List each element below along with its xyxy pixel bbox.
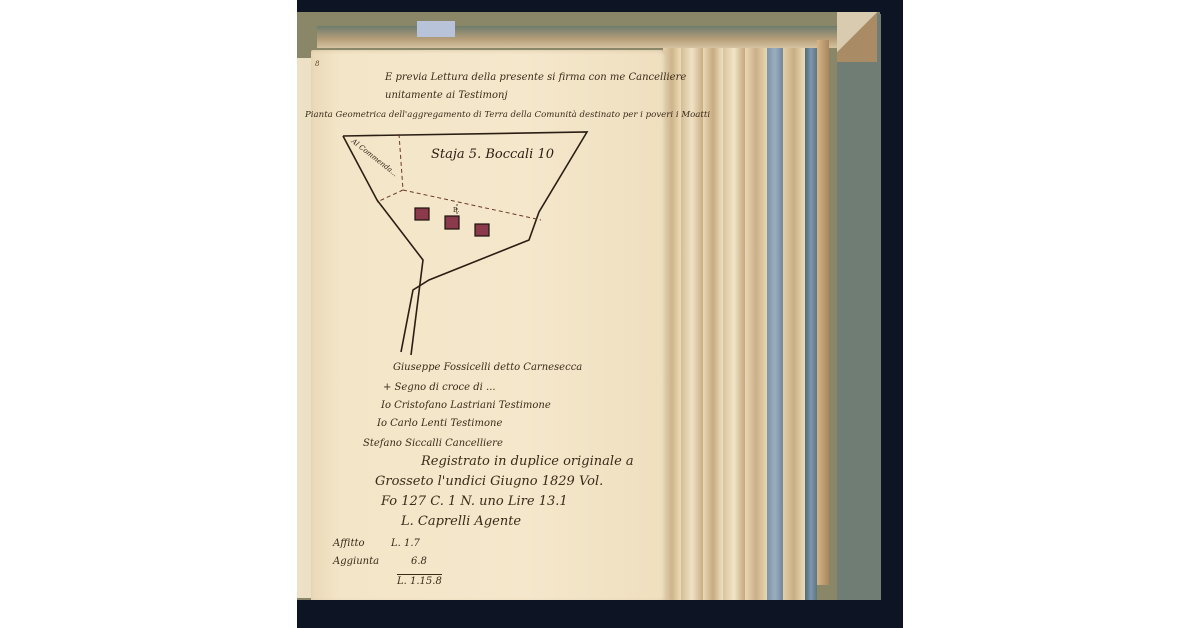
corner-reinforcement <box>837 12 877 62</box>
background-cloth <box>297 600 903 628</box>
page-edge <box>681 48 703 600</box>
survey-plan-drawing: Staja 5. Boccali 10 Al Commenda... B. <box>337 130 597 370</box>
building-marker <box>445 216 459 229</box>
folio-number: 8 <box>315 60 319 68</box>
signature-line: Io Carlo Lenti Testimone <box>377 418 502 429</box>
account-value: L. 1.7 <box>391 538 420 549</box>
registration-line-3: Fo 127 C. 1 N. uno Lire 13.1 <box>381 494 568 509</box>
page-edge <box>783 48 805 600</box>
building-marker <box>415 208 429 220</box>
registration-line-4: L. Caprelli Agente <box>401 514 521 529</box>
paper-tag <box>417 21 455 37</box>
blue-leaf-edge <box>805 48 817 600</box>
account-total: L. 1.15.8 <box>397 574 442 587</box>
cover-board-edge <box>837 14 881 610</box>
side-label: Al Commenda... <box>349 137 399 179</box>
page-edge <box>745 48 767 600</box>
page-edge <box>817 40 829 585</box>
registration-line-1: Registrato in duplice originale a <box>421 454 634 469</box>
account-label: Affitto <box>333 538 365 549</box>
account-label: Aggiunta <box>333 556 379 567</box>
area-label: Staja 5. Boccali 10 <box>431 147 554 162</box>
page-edge <box>703 48 723 600</box>
plan-title: Pianta Geometrica dell'aggregamento di T… <box>305 110 710 120</box>
building-marker <box>475 224 489 236</box>
signature-line: Giuseppe Fossicelli detto Carnesecca <box>393 362 582 373</box>
account-value: 6.8 <box>411 556 427 567</box>
registration-line-2: Grosseto l'undici Giugno 1829 Vol. <box>375 474 603 489</box>
small-plan-label: B. <box>453 207 459 214</box>
signature-line: Stefano Siccalli Cancelliere <box>363 438 503 449</box>
page-top-edges <box>317 26 837 48</box>
signature-line: Io Cristofano Lastriani Testimone <box>381 400 551 411</box>
manuscript-page: 8 E previa Lettura della presente si fir… <box>311 50 667 602</box>
header-line-1: E previa Lettura della presente si firma… <box>385 72 686 83</box>
header-line-2: unitamente ai Testimonj <box>385 90 508 101</box>
signature-line: + Segno di croce di ... <box>383 382 496 393</box>
manuscript-scan: 8 E previa Lettura della presente si fir… <box>297 0 903 628</box>
page-edge <box>723 48 745 600</box>
blue-leaf-edge <box>767 48 783 600</box>
